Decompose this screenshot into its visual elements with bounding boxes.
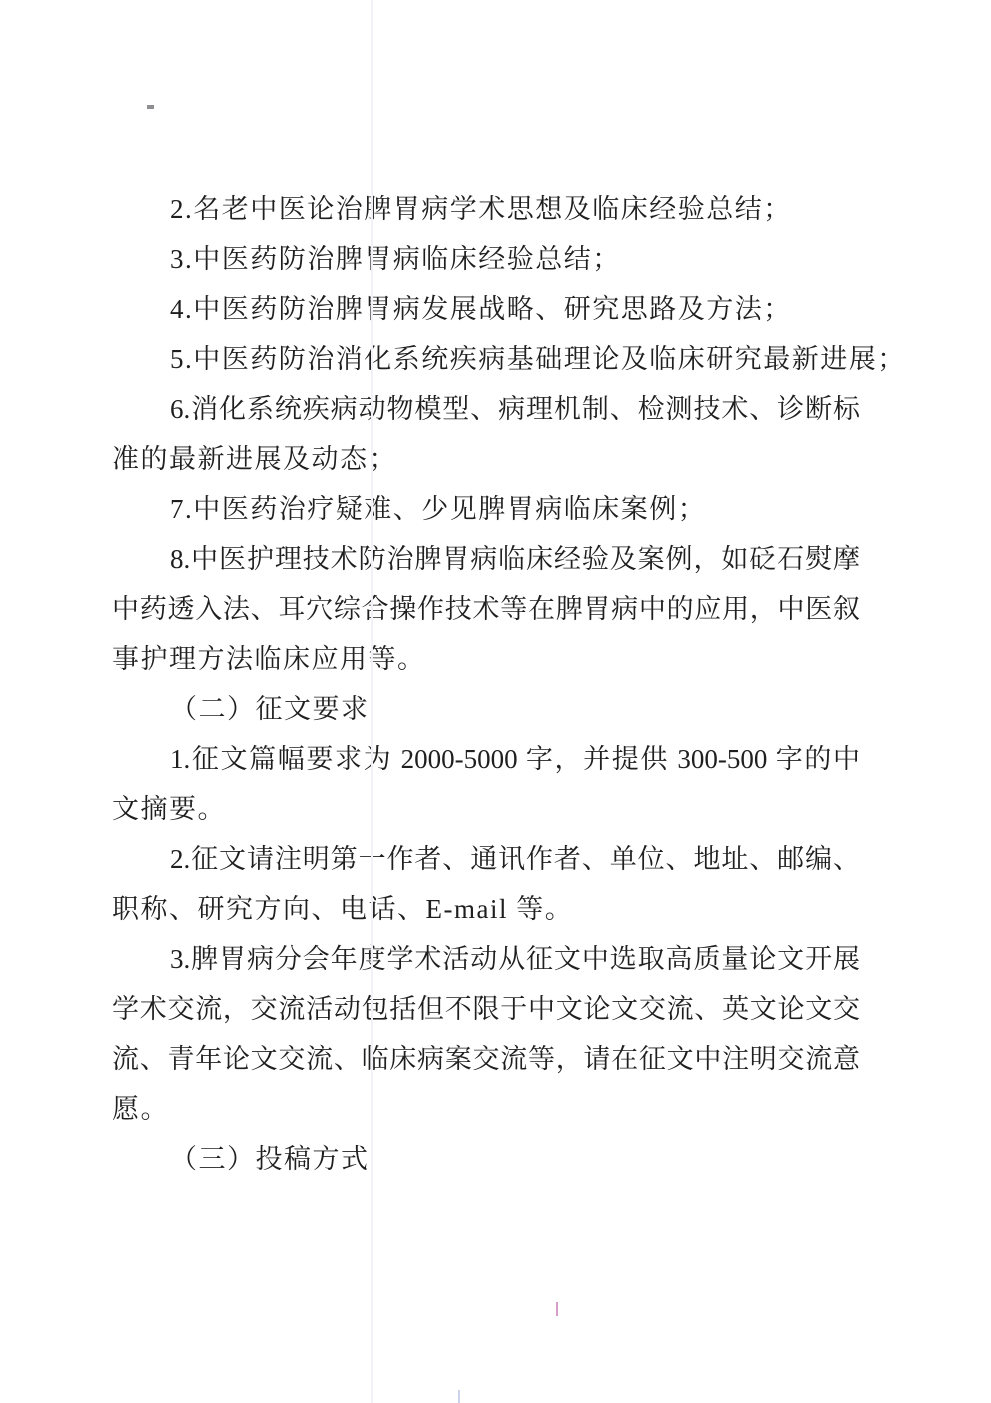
text-line: 愿。 [112,1084,860,1134]
document-text: 2.名老中医论治脾胃病学术思想及临床经验总结；3.中医药防治脾胃病临床经验总结；… [112,184,860,1184]
text-line: 文摘要。 [112,784,860,834]
text-line: 学术交流，交流活动包括但不限于中文论文交流、英文论文交 [112,984,860,1034]
bottom-edge-tick [458,1390,460,1403]
text-line: 8.中医护理技术防治脾胃病临床经验及案例，如砭石熨摩 [112,534,860,584]
text-line: （三）投稿方式 [112,1134,860,1184]
text-line: 3.中医药防治脾胃病临床经验总结； [112,234,860,284]
text-line: 6.消化系统疾病动物模型、病理机制、检测技术、诊断标 [112,384,860,434]
text-line: 职称、研究方向、电话、E-mail 等。 [112,884,860,934]
text-line: （二）征文要求 [112,684,860,734]
text-line: 流、青年论文交流、临床病案交流等，请在征文中注明交流意 [112,1034,860,1084]
pink-tick-mark [556,1302,558,1316]
document-page: 2.名老中医论治脾胃病学术思想及临床经验总结；3.中医药防治脾胃病临床经验总结；… [0,0,991,1403]
text-line: 准的最新进展及动态； [112,434,860,484]
text-line: 1.征文篇幅要求为 2000-5000 字，并提供 300-500 字的中 [112,734,860,784]
text-line: 5.中医药防治消化系统疾病基础理论及临床研究最新进展； [112,334,860,384]
scan-seam-line [371,0,373,1403]
text-line: 3.脾胃病分会年度学术活动从征文中选取高质量论文开展 [112,934,860,984]
text-line: 中药透入法、耳穴综合操作技术等在脾胃病中的应用，中医叙 [112,584,860,634]
text-line: 2.名老中医论治脾胃病学术思想及临床经验总结； [112,184,860,234]
text-line: 事护理方法临床应用等。 [112,634,860,684]
text-line: 7.中医药治疗疑难、少见脾胃病临床案例； [112,484,860,534]
ink-speck [147,105,154,109]
text-line: 4.中医药防治脾胃病发展战略、研究思路及方法； [112,284,860,334]
text-line: 2.征文请注明第一作者、通讯作者、单位、地址、邮编、 [112,834,860,884]
